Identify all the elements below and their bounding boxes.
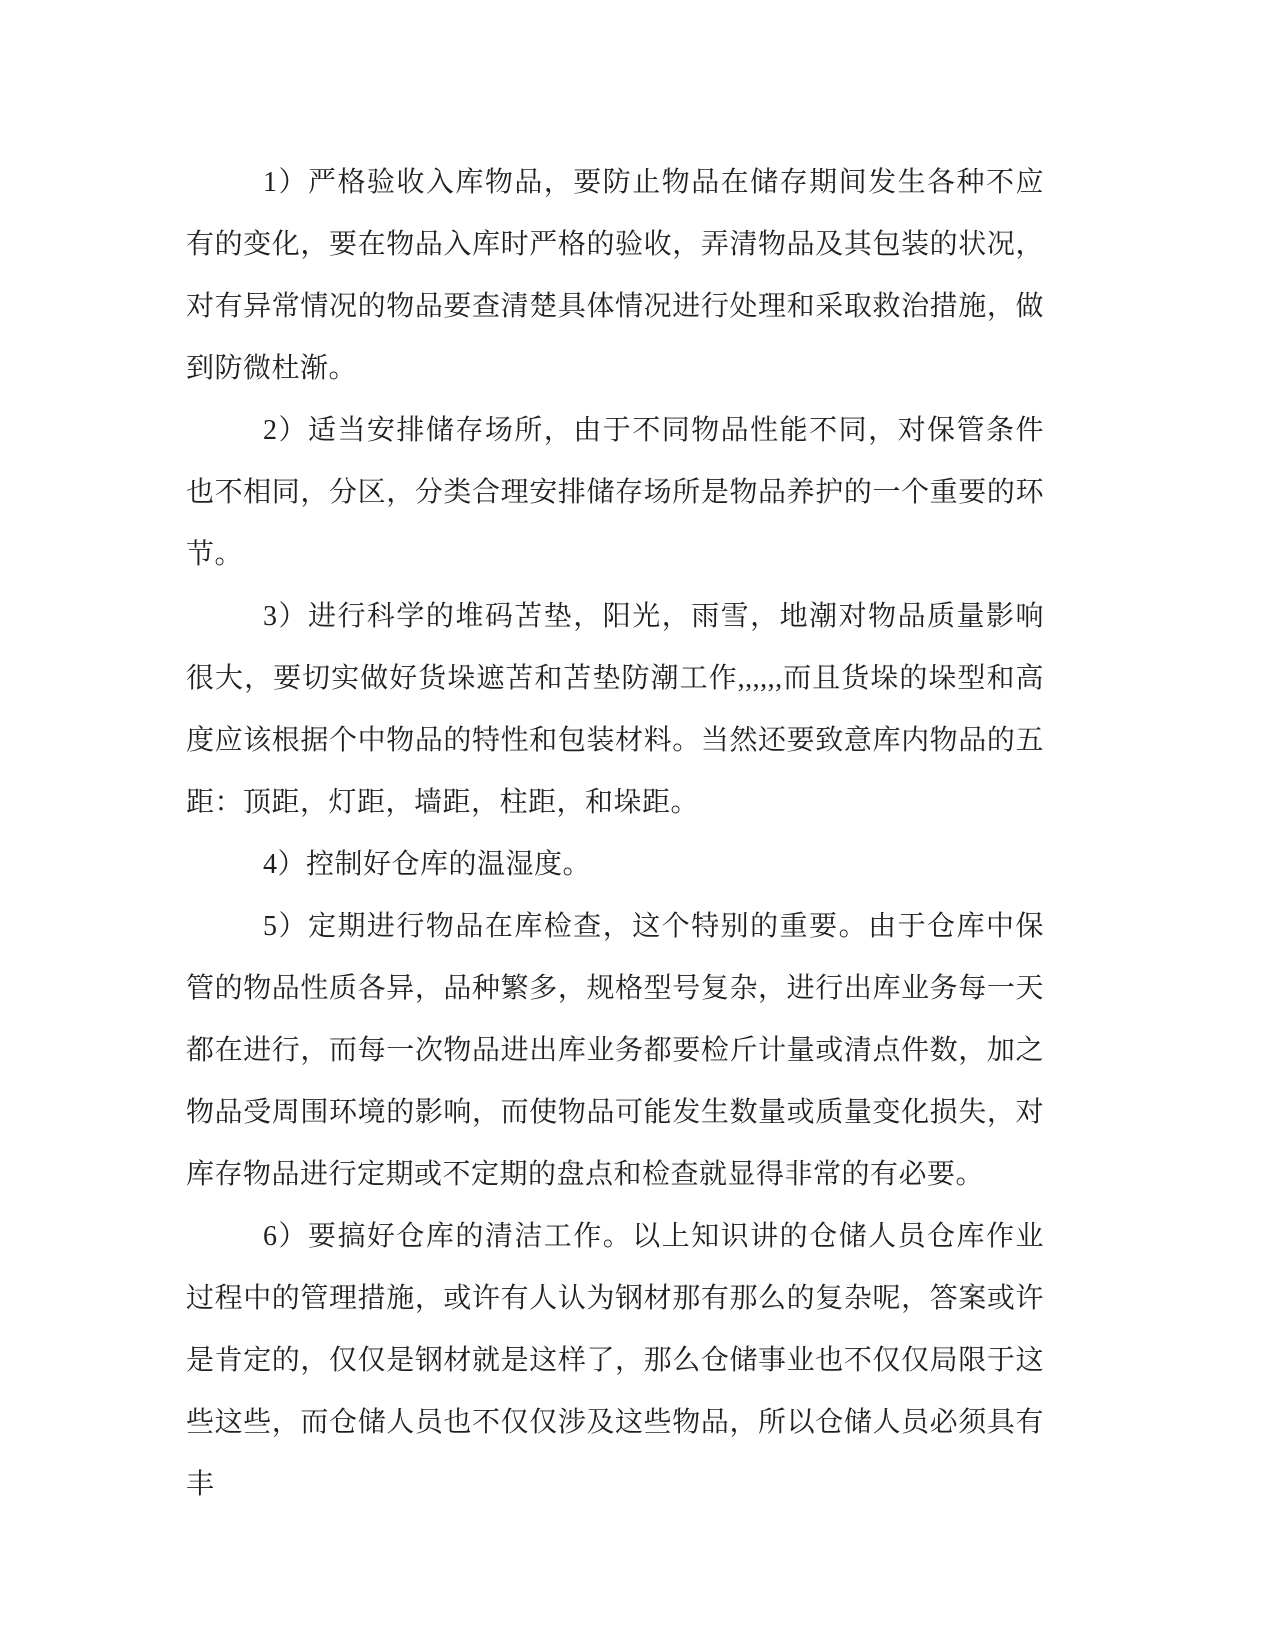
paragraph-6: 6）要搞好仓库的清洁工作。以上知识讲的仓储人员仓库作业过程中的管理措施，或许有人…	[186, 1206, 1044, 1516]
document-body: 1）严格验收入库物品，要防止物品在储存期间发生各种不应有的变化，要在物品入库时严…	[186, 152, 1044, 1516]
paragraph-4: 4）控制好仓库的温湿度。	[186, 834, 1044, 896]
paragraph-2: 2）适当安排储存场所，由于不同物品性能不同，对保管条件也不相同，分区，分类合理安…	[186, 400, 1044, 586]
document-page: 1）严格验收入库物品，要防止物品在储存期间发生各种不应有的变化，要在物品入库时严…	[0, 0, 1275, 1650]
paragraph-1: 1）严格验收入库物品，要防止物品在储存期间发生各种不应有的变化，要在物品入库时严…	[186, 152, 1044, 400]
paragraph-5: 5）定期进行物品在库检查，这个特别的重要。由于仓库中保管的物品性质各异，品种繁多…	[186, 896, 1044, 1206]
paragraph-3: 3）进行科学的堆码苫垫，阳光，雨雪，地潮对物品质量影响很大，要切实做好货垛遮苫和…	[186, 586, 1044, 834]
